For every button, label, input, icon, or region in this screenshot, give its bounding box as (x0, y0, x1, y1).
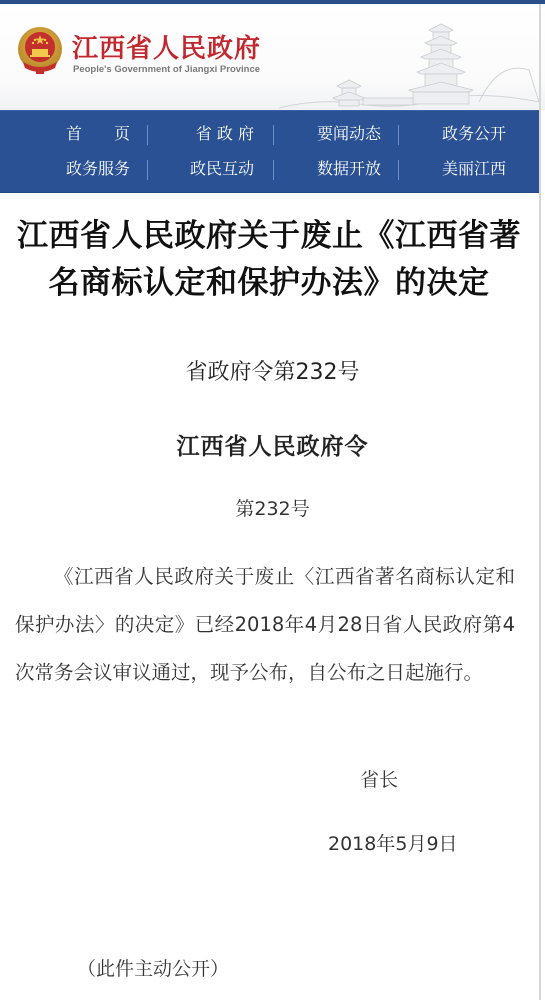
nav-separator (273, 125, 274, 145)
order-number: 第232号 (0, 494, 545, 521)
nav-row-1: 首 页 省 政 府 要闻动态 政务公开 (0, 117, 540, 151)
nav-separator (147, 125, 148, 145)
nav-item-open-data[interactable]: 数据开放 (313, 152, 381, 186)
signing-date: 2018年5月9日 (328, 829, 458, 856)
nav-separator (147, 160, 148, 180)
site-subtitle: People's Government of Jiangxi Province (73, 64, 260, 75)
nav-separator (273, 160, 274, 180)
order-heading: 江西省人民政府令 (0, 428, 545, 461)
nav-item-home[interactable]: 首 页 (62, 117, 130, 151)
document-number-line: 省政府令第232号 (0, 355, 545, 386)
nav-item-public-interaction[interactable]: 政民互动 (186, 152, 254, 186)
nav-separator (398, 125, 399, 145)
site-name[interactable]: 江西省人民政府 (72, 28, 261, 65)
disclosure-note: （此件主动公开） (77, 954, 229, 981)
document-title: 江西省人民政府关于废止《江西省著名商标认定和保护办法》的决定 (14, 213, 524, 307)
nav-item-government-affairs-public[interactable]: 政务公开 (438, 117, 506, 151)
page: 江西省人民政府 People's Government of Jiangxi P… (0, 0, 545, 1000)
nav-item-news[interactable]: 要闻动态 (313, 117, 381, 151)
nav-item-provincial-government[interactable]: 省 政 府 (186, 117, 254, 151)
signer-title: 省长 (360, 765, 398, 792)
nav-item-beautiful-jiangxi[interactable]: 美丽江西 (438, 152, 506, 186)
main-navigation: 首 页 省 政 府 要闻动态 政务公开 政务服务 政民互动 数据开放 美丽江西 (0, 110, 540, 193)
right-border (539, 4, 541, 1000)
national-emblem-icon[interactable] (17, 26, 63, 76)
nav-item-government-services[interactable]: 政务服务 (62, 152, 130, 186)
nav-row-2: 政务服务 政民互动 数据开放 美丽江西 (0, 152, 540, 186)
pavilion-illustration (279, 10, 539, 110)
site-header-banner: 江西省人民政府 People's Government of Jiangxi P… (0, 4, 545, 110)
document-body: 《江西省人民政府关于废止〈江西省著名商标认定和保护办法〉的决定》已经2018年4… (15, 553, 515, 697)
nav-separator (398, 160, 399, 180)
